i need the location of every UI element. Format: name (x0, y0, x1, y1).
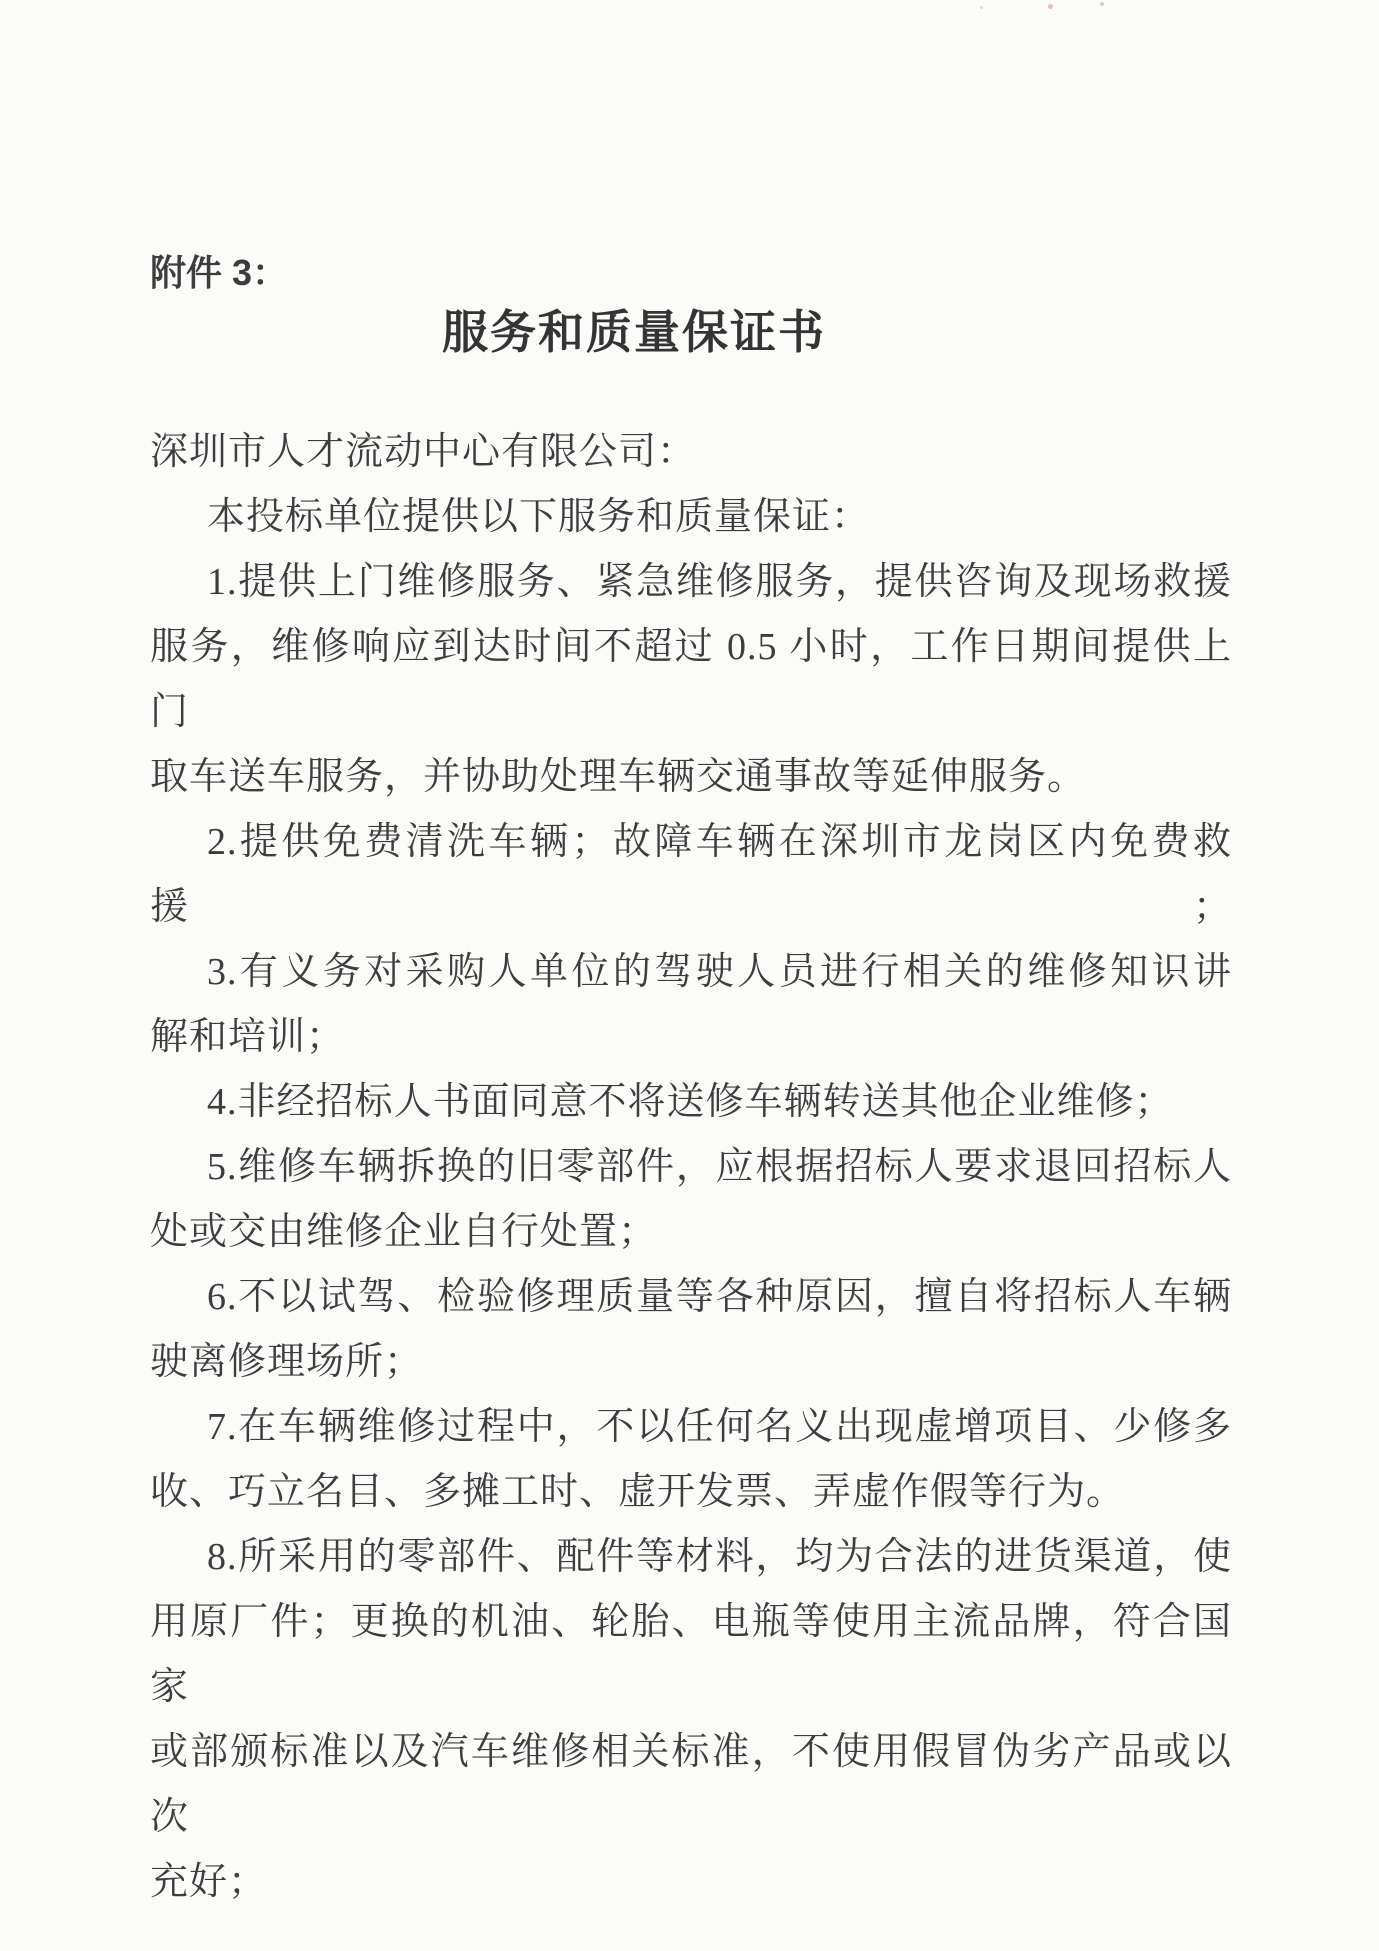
body-line: 2.提供免费清洗车辆；故障车辆在深圳市龙岗区内免费救援； (150, 810, 1232, 940)
body-line: 或部颁标准以及汽车维修相关标准，不使用假冒伪劣产品或以次 (150, 1720, 1232, 1850)
body-line: 取车送车服务，并协助处理车辆交通事故等延伸服务。 (150, 745, 1232, 810)
scan-artifact (1100, 2, 1104, 6)
body-line: 6.不以试驾、检验修理质量等各种原因，擅自将招标人车辆 (150, 1265, 1232, 1330)
scan-artifact (1048, 4, 1053, 9)
body-line: 服务，维修响应到达时间不超过 0.5 小时，工作日期间提供上门 (150, 615, 1232, 745)
body-line: 8.所采用的零部件、配件等材料，均为合法的进货渠道，使 (150, 1525, 1232, 1590)
body-line: 4.非经招标人书面同意不将送修车辆转送其他企业维修； (150, 1070, 1232, 1135)
body-line: 1.提供上门维修服务、紧急维修服务，提供咨询及现场救援 (150, 550, 1232, 615)
body-line: 充好； (150, 1850, 1232, 1915)
attachment-label: 附件 3： (150, 252, 1232, 294)
body-line: 驶离修理场所； (150, 1330, 1232, 1395)
document-body: 深圳市人才流动中心有限公司： 本投标单位提供以下服务和质量保证： 1.提供上门维… (150, 420, 1232, 1915)
document-page: 附件 3： 服务和质量保证书 深圳市人才流动中心有限公司： 本投标单位提供以下服… (0, 0, 1379, 1951)
body-line: 3.有义务对采购人单位的驾驶人员进行相关的维修知识讲 (150, 940, 1232, 1005)
body-line: 5.维修车辆拆换的旧零部件，应根据招标人要求退回招标人 (150, 1135, 1232, 1200)
document-title: 服务和质量保证书 (442, 306, 1232, 360)
salutation-line: 深圳市人才流动中心有限公司： (150, 420, 1232, 485)
body-line: 用原厂件；更换的机油、轮胎、电瓶等使用主流品牌，符合国家 (150, 1590, 1232, 1720)
intro-line: 本投标单位提供以下服务和质量保证： (150, 485, 1232, 550)
body-line: 收、巧立名目、多摊工时、虚开发票、弄虚作假等行为。 (150, 1460, 1232, 1525)
scan-artifact (980, 6, 983, 9)
body-line: 处或交由维修企业自行处置； (150, 1200, 1232, 1265)
body-line: 7.在车辆维修过程中，不以任何名义出现虚增项目、少修多 (150, 1395, 1232, 1460)
body-line: 解和培训； (150, 1005, 1232, 1070)
